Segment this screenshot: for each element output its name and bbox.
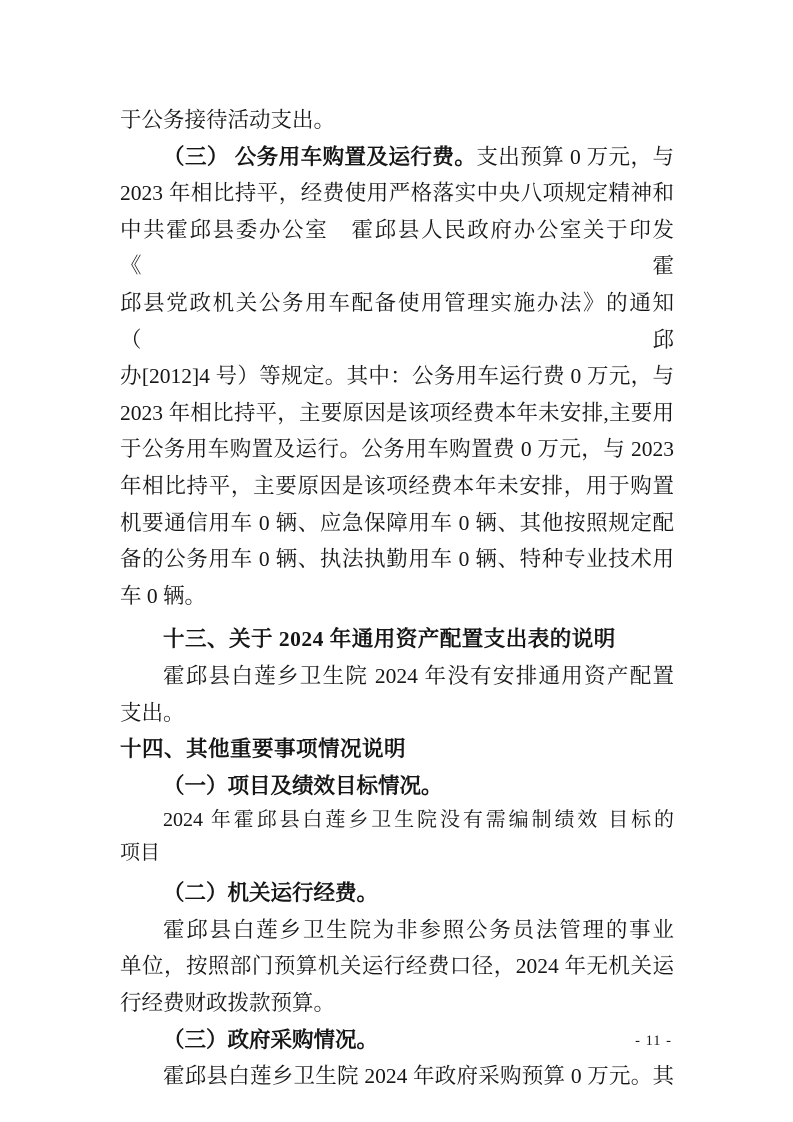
body-text: 机要通信用车 0 辆、应急保障用车 0 辆、其他按照规定配 <box>120 511 674 535</box>
body-text: 霍邱县白莲乡卫生院 2024 年政府采购预算 0 万元。其 <box>163 1064 674 1088</box>
body-text: 单位，按照部门预算机关运行经费口径，2024 年无机关运 <box>120 954 674 978</box>
text-line: 于公务接待活动支出。 <box>120 102 674 139</box>
text-line: 霍邱县白莲乡卫生院 2024 年没有安排通用资产配置 <box>120 658 674 695</box>
bold-text: （一）项目及绩效目标情况。 <box>163 774 443 798</box>
body-text: 备的公务用车 0 辆、执法执勤用车 0 辆、特种专业技术用 <box>120 547 674 571</box>
bold-text: （二）机关运行经费。 <box>163 881 378 905</box>
page-number: - 11 - <box>635 1031 672 1051</box>
bold-text: 十三、关于 2024 年通用资产配置支出表的说明 <box>163 627 616 651</box>
body-text: 年相比持平，主要原因是该项经费本年未安排，用于购置 <box>120 474 674 498</box>
body-text: 2024 年霍邱县白莲乡卫生院没有需编制绩效 目标的 <box>163 809 674 831</box>
bold-text: 十四、其他重要事项情况说明 <box>120 737 406 761</box>
section-heading: 十三、关于 2024 年通用资产配置支出表的说明 <box>120 621 674 658</box>
body-text: 2023 年相比持平，经费使用严格落实中央八项规定精神和 <box>120 181 674 205</box>
text-line: 2024 年霍邱县白莲乡卫生院没有需编制绩效 目标的 <box>120 804 674 837</box>
body-text: 办[2012]4 号）等规定。其中：公务用车运行费 0 万元，与 <box>120 364 674 388</box>
body-text: 车 0 辆。 <box>120 584 206 608</box>
text-line: （一）项目及绩效目标情况。 <box>120 768 674 805</box>
text-line: 机要通信用车 0 辆、应急保障用车 0 辆、其他按照规定配 <box>120 505 674 542</box>
body-text: 支出。 <box>120 701 185 725</box>
text-line: （二）机关运行经费。 <box>120 875 674 912</box>
text-line: （三） 公务用车购置及运行费。支出预算 0 万元，与 <box>120 139 674 176</box>
text-line: 办[2012]4 号）等规定。其中：公务用车运行费 0 万元，与 <box>120 358 674 395</box>
text-line: 单位，按照部门预算机关运行经费口径，2024 年无机关运 <box>120 948 674 985</box>
text-line: 2023 年相比持平，主要原因是该项经费本年未安排,主要用 <box>120 395 674 432</box>
text-line: 行经费财政拨款预算。 <box>120 985 674 1022</box>
text-line: 年相比持平，主要原因是该项经费本年未安排，用于购置 <box>120 468 674 505</box>
body-text: 霍邱县白莲乡卫生院为非参照公务员法管理的事业 <box>163 918 674 942</box>
body-text: 2023 年相比持平，主要原因是该项经费本年未安排,主要用 <box>120 401 674 425</box>
text-line: （三）政府采购情况。 <box>120 1022 674 1059</box>
body-text: 中共霍邱县委办公室 霍邱县人民政府办公室关于印发《霍 <box>120 218 674 279</box>
section-heading: 十四、其他重要事项情况说明 <box>120 731 674 768</box>
text-line: 霍邱县白莲乡卫生院 2024 年政府采购预算 0 万元。其 <box>120 1058 674 1095</box>
text-line: 备的公务用车 0 辆、执法执勤用车 0 辆、特种专业技术用 <box>120 541 674 578</box>
text-line: 霍邱县白莲乡卫生院为非参照公务员法管理的事业 <box>120 912 674 949</box>
text-line: 于公务用车购置及运行。公务用车购置费 0 万元，与 2023 <box>120 431 674 468</box>
body-text: 于公务用车购置及运行。公务用车购置费 0 万元，与 2023 <box>120 437 674 461</box>
text-line: 支出。 <box>120 695 674 732</box>
text-line: 项目 <box>120 837 674 870</box>
body-text: 行经费财政拨款预算。 <box>120 991 335 1015</box>
document-body: 于公务接待活动支出。（三） 公务用车购置及运行费。支出预算 0 万元，与2023… <box>120 102 674 1095</box>
body-text: 项目 <box>120 842 160 864</box>
text-line: 2023 年相比持平，经费使用严格落实中央八项规定精神和 <box>120 175 674 212</box>
body-text: 邱县党政机关公务用车配备使用管理实施办法》的通知（邱 <box>120 291 674 352</box>
document-page: 于公务接待活动支出。（三） 公务用车购置及运行费。支出预算 0 万元，与2023… <box>0 0 793 1122</box>
body-text: 于公务接待活动支出。 <box>120 108 335 132</box>
text-line: 中共霍邱县委办公室 霍邱县人民政府办公室关于印发《霍 <box>120 212 674 285</box>
text-line: 邱县党政机关公务用车配备使用管理实施办法》的通知（邱 <box>120 285 674 358</box>
body-text: 霍邱县白莲乡卫生院 2024 年没有安排通用资产配置 <box>163 664 674 688</box>
body-text: 支出预算 0 万元，与 <box>476 145 674 169</box>
bold-text: （三）政府采购情况。 <box>163 1028 378 1052</box>
bold-text: （三） 公务用车购置及运行费。 <box>163 145 476 169</box>
text-line: 车 0 辆。 <box>120 578 674 615</box>
